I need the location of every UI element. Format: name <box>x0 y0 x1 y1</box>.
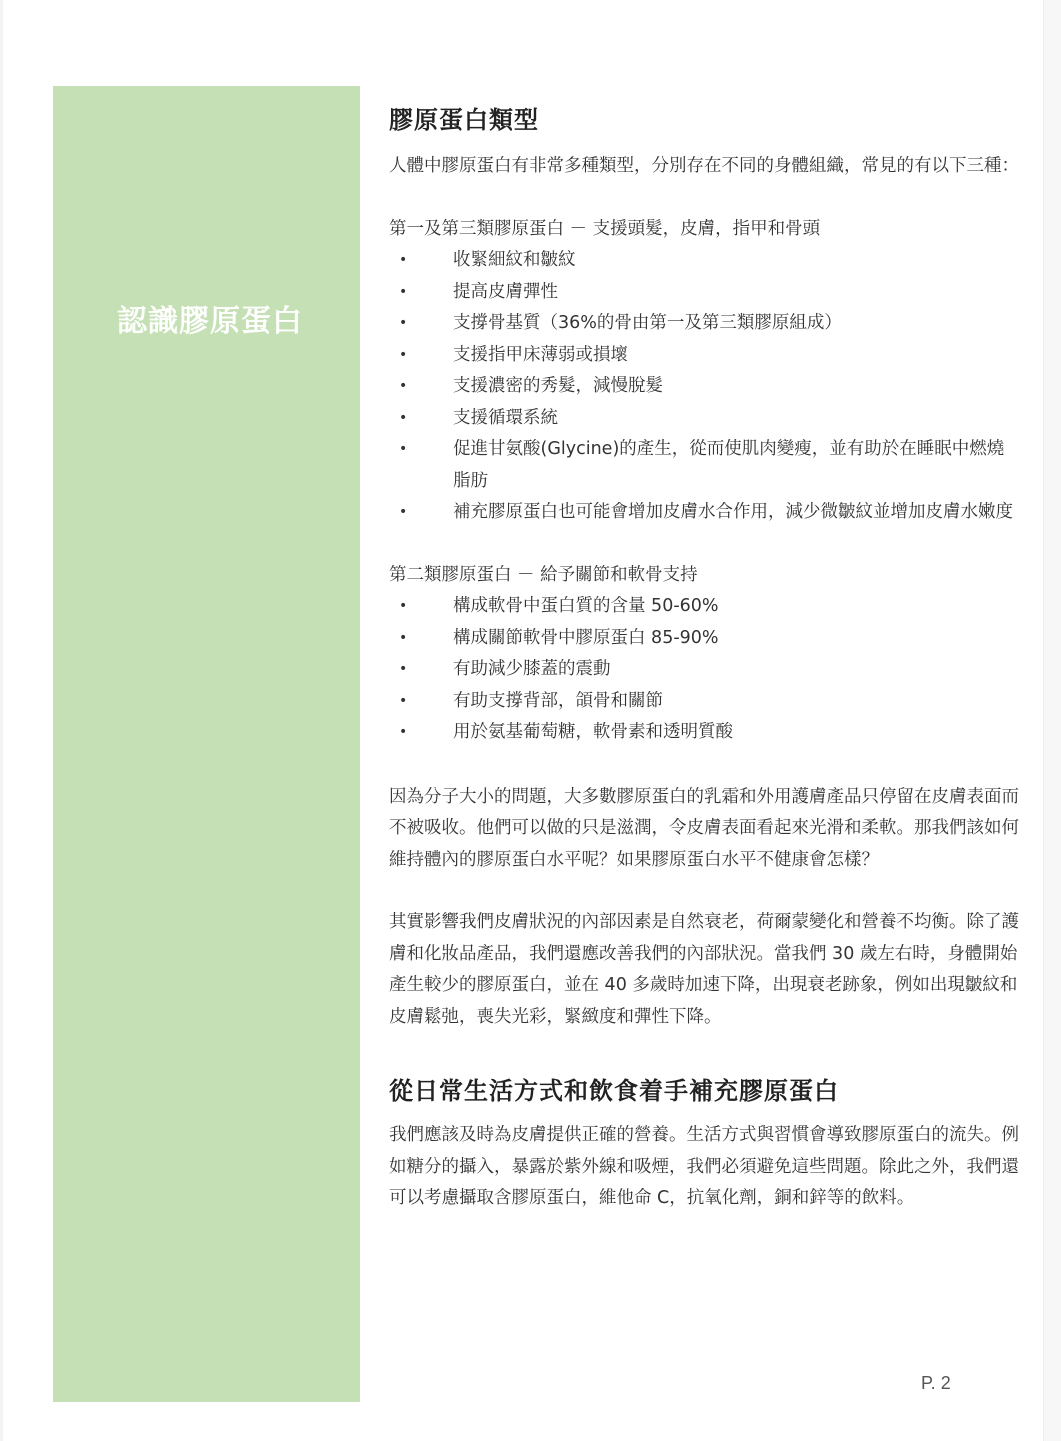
list-item: •構成軟骨中蛋白質的含量 50-60% <box>389 591 1019 623</box>
intro-paragraph: 人體中膠原蛋白有非常多種類型，分別存在不同的身體組織，常見的有以下三種： <box>389 151 1019 183</box>
group1-lead: 第一及第三類膠原蛋白 － 支援頭髮，皮膚，指甲和骨頭 <box>389 214 1019 246</box>
bullet-icon: • <box>399 403 407 435</box>
list-item: •支援指甲床薄弱或損壞 <box>389 340 1019 372</box>
sidebar-title: 認識膠原蛋白 <box>50 296 370 340</box>
bullet-icon: • <box>399 434 407 466</box>
group1-list: •收緊細紋和皺紋 •提高皮膚彈性 •支撐骨基質（36%的骨由第一及第三類膠原組成… <box>389 245 1019 529</box>
absorption-paragraph: 因為分子大小的問題，大多數膠原蛋白的乳霜和外用護膚產品只停留在皮膚表面而不被吸收… <box>389 782 1019 877</box>
bullet-icon: • <box>399 623 407 655</box>
bullet-icon: • <box>399 277 407 309</box>
lifestyle-paragraph: 我們應該及時為皮膚提供正確的營養。生活方式與習慣會導致膠原蛋白的流失。例如糖分的… <box>389 1120 1019 1215</box>
bullet-icon: • <box>399 497 407 529</box>
group2-list: •構成軟骨中蛋白質的含量 50-60% •構成關節軟骨中膠原蛋白 85-90% … <box>389 591 1019 749</box>
bullet-icon: • <box>399 371 407 403</box>
section-heading-lifestyle: 從日常生活方式和飲食着手補充膠原蛋白 <box>389 1071 1019 1111</box>
list-item: •收緊細紋和皺紋 <box>389 245 1019 277</box>
section-heading-collagen-types: 膠原蛋白類型 <box>389 100 1019 140</box>
bullet-icon: • <box>399 686 407 718</box>
page-number: P. 2 <box>921 1373 951 1394</box>
aging-paragraph: 其實影響我們皮膚狀況的內部因素是自然衰老，荷爾蒙變化和營養不均衡。除了護膚和化妝… <box>389 907 1019 1033</box>
bullet-icon: • <box>399 308 407 340</box>
list-item: •有助支撐背部，頜骨和關節 <box>389 686 1019 718</box>
page-scroll-edge <box>1043 0 1061 1441</box>
list-item: •支援循環系統 <box>389 403 1019 435</box>
bullet-icon: • <box>399 717 407 749</box>
group2-lead: 第二類膠原蛋白 － 給予關節和軟骨支持 <box>389 560 1019 592</box>
list-item: •促進甘氨酸(Glycine)的產生，從而使肌肉變瘦，並有助於在睡眠中燃燒脂肪 <box>389 434 1019 497</box>
bullet-icon: • <box>399 654 407 686</box>
list-item: •支撐骨基質（36%的骨由第一及第三類膠原組成） <box>389 308 1019 340</box>
bullet-icon: • <box>399 591 407 623</box>
bullet-icon: • <box>399 340 407 372</box>
list-item: •用於氨基葡萄糖，軟骨素和透明質酸 <box>389 717 1019 749</box>
page-left-edge <box>0 0 3 1441</box>
list-item: •有助減少膝蓋的震動 <box>389 654 1019 686</box>
list-item: •提高皮膚彈性 <box>389 277 1019 309</box>
list-item: •構成關節軟骨中膠原蛋白 85-90% <box>389 623 1019 655</box>
bullet-icon: • <box>399 245 407 277</box>
sidebar-panel: 認識膠原蛋白 <box>53 86 360 1402</box>
main-content: 膠原蛋白類型 人體中膠原蛋白有非常多種類型，分別存在不同的身體組織，常見的有以下… <box>389 100 1019 1215</box>
list-item: •補充膠原蛋白也可能會增加皮膚水合作用，減少微皺紋並增加皮膚水嫩度 <box>389 497 1019 529</box>
list-item: •支援濃密的秀髮，減慢脫髮 <box>389 371 1019 403</box>
